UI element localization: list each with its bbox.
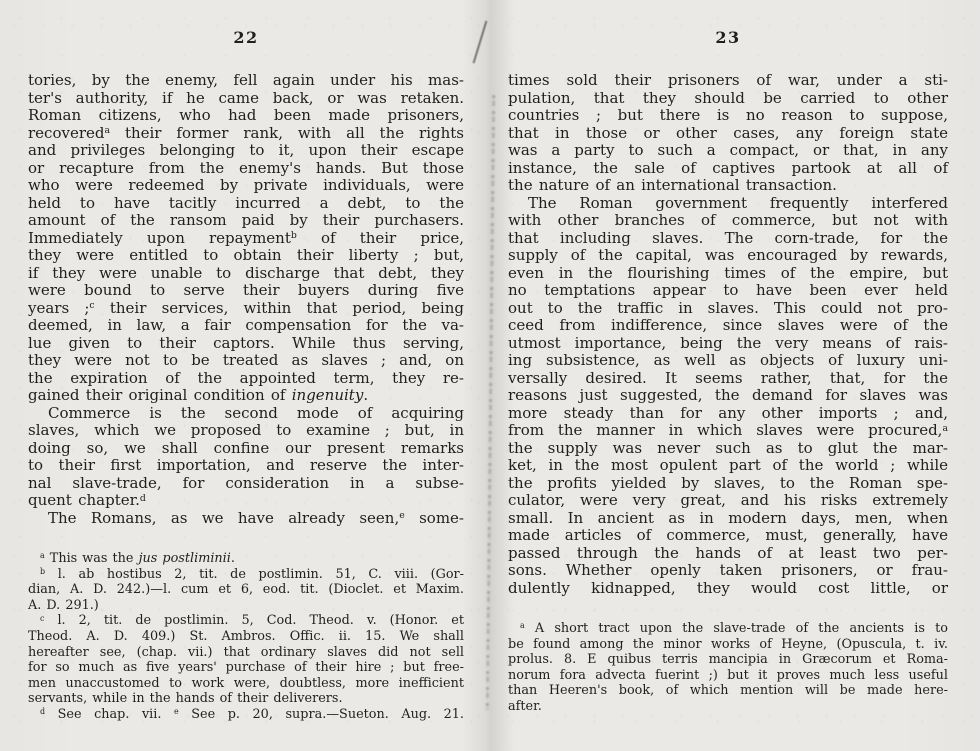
text-line: Immediately upon repaymentb of their pri… [28,230,464,248]
text-line: norum fora advecta fuerint ;) but it pro… [508,668,948,684]
text-line: ceed from indifference, since slaves wer… [508,317,948,335]
book-scan-sheet: 22 tories, by the enemy, fell again unde… [0,0,980,751]
text-line: the expiration of the appointed term, th… [28,370,464,388]
text-line: nal slave-trade, for consideration in a … [28,475,464,493]
text-line: out to the traffic in slaves. This could… [508,300,948,318]
text-line: quent chapter.d [28,492,464,510]
text-line: Commerce is the second mode of acquiring [28,405,464,423]
page-22: 22 tories, by the enemy, fell again unde… [28,28,464,723]
text-line: hereafter see, (chap. vii.) that ordinar… [28,645,464,661]
text-line: a A short tract upon the slave-trade of … [508,621,948,637]
text-line: small. In ancient as in modern days, men… [508,510,948,528]
text-line: times sold their prisoners of war, under… [508,72,948,90]
text-line: ket, in the most opulent part of the wor… [508,457,948,475]
text-line: versally desired. It seems rather, that,… [508,370,948,388]
text-line: passed through the hands of at least two… [508,545,948,563]
page-23-body-text: times sold their prisoners of war, under… [508,72,948,597]
page-22-footnotes: a This was the jus postliminii.b l. ab h… [28,551,464,723]
text-line: doing so, we shall confine our present r… [28,440,464,458]
text-line: utmost importance, being the very means … [508,335,948,353]
text-line: who were redeemed by private individuals… [28,177,464,195]
text-line: men unaccustomed to work were, doubtless… [28,676,464,692]
text-line: they were entitled to obtain their liber… [28,247,464,265]
text-line: to their first importation, and reserve … [28,457,464,475]
text-line: from the manner in which slaves were pro… [508,422,948,440]
text-line: servants, while in the hands of their de… [28,691,464,707]
text-line: pulation, that they should be carried to… [508,90,948,108]
text-line: or recapture from the enemy's hands. But… [28,160,464,178]
text-line: supply of the capital, was encouraged by… [508,247,948,265]
text-line: dian, A. D. 242.)—l. cum et 6, eod. tit.… [28,582,464,598]
text-line: no temptations appear to have been ever … [508,282,948,300]
text-line: ter's authority, if he came back, or was… [28,90,464,108]
text-line: d See chap. vii. e See p. 20, supra.—Sue… [28,707,464,723]
text-line: be found among the minor works of Heyne,… [508,637,948,653]
text-line: than Heeren's book, of which mention wil… [508,683,948,699]
text-line: reasons just suggested, the demand for s… [508,387,948,405]
text-line: they were not to be treated as slaves ; … [28,352,464,370]
page-23-footnotes: a A short tract upon the slave-trade of … [508,621,948,715]
text-line: The Roman government frequently interfer… [508,195,948,213]
text-line: even in the flourishing times of the emp… [508,265,948,283]
text-line: the supply was never such as to glut the… [508,440,948,458]
text-line: the profits yielded by slaves, to the Ro… [508,475,948,493]
text-line: with other branches of commerce, but not… [508,212,948,230]
page-22-number: 22 [28,28,464,48]
text-line: the nature of an international transacti… [508,177,948,195]
text-line: Theod. A. D. 409.) St. Ambros. Offic. ii… [28,629,464,645]
text-line: that in those or other cases, any foreig… [508,125,948,143]
text-line: and privileges belonging to it, upon the… [28,142,464,160]
text-line: countries ; but there is no reason to su… [508,107,948,125]
text-line: were bound to serve their buyers during … [28,282,464,300]
text-line: deemed, in law, a fair compensation for … [28,317,464,335]
text-line: The Romans, as we have already seen,e so… [28,510,464,528]
text-line: sons. Whether openly taken prisoners, or… [508,562,948,580]
text-line: slaves, which we proposed to examine ; b… [28,422,464,440]
text-line: for so much as five years' purchase of t… [28,660,464,676]
text-line: tories, by the enemy, fell again under h… [28,72,464,90]
text-line: gained their original condition of ingen… [28,387,464,405]
text-line: dulently kidnapped, they would cost litt… [508,580,948,598]
text-line: was a party to such a compact, or that, … [508,142,948,160]
text-line: b l. ab hostibus 2, tit. de postlimin. 5… [28,567,464,583]
text-line: prolus. 8. E quibus terris mancipia in G… [508,652,948,668]
text-line: held to have tacitly incurred a debt, to… [28,195,464,213]
page-23-number: 23 [508,28,948,48]
text-line: recovereda their former rank, with all t… [28,125,464,143]
text-line: more steady than for any other imports ;… [508,405,948,423]
text-line: Roman citizens, who had been made prison… [28,107,464,125]
page-22-body-text: tories, by the enemy, fell again under h… [28,72,464,527]
text-line: lue given to their captors. While thus s… [28,335,464,353]
text-line: after. [508,699,948,715]
text-line: amount of the ransom paid by their purch… [28,212,464,230]
page-23: 23 times sold their prisoners of war, un… [508,28,948,715]
text-line: years ;c their services, within that per… [28,300,464,318]
text-line: instance, the sale of captives partook a… [508,160,948,178]
text-line: a This was the jus postliminii. [28,551,464,567]
text-line: if they were unable to discharge that de… [28,265,464,283]
text-line: ing subsistence, as well as objects of l… [508,352,948,370]
text-line: c l. 2, tit. de postlimin. 5, Cod. Theod… [28,613,464,629]
text-line: A. D. 291.) [28,598,464,614]
text-line: that including slaves. The corn-trade, f… [508,230,948,248]
text-line: made articles of commerce, must, general… [508,527,948,545]
text-line: culator, were very great, and his risks … [508,492,948,510]
